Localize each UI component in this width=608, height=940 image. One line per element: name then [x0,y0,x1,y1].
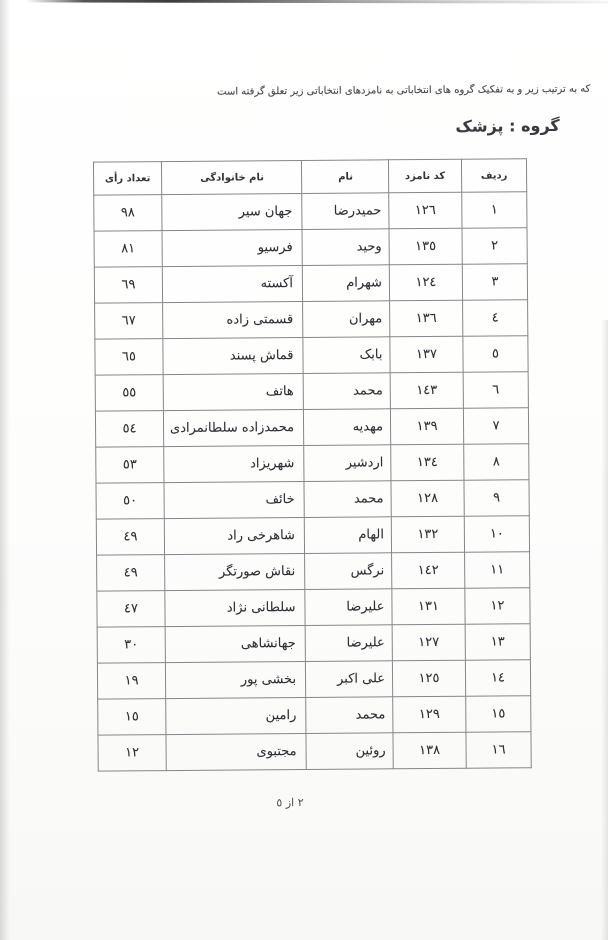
header-vote-count: تعداد رأی [93,162,161,196]
results-table-body: ١١٢٦حمیدرضاجهان سیر٩٨٢١٣٥وحیدفرسیو٨١٣١٢٤… [94,192,532,771]
candidate-code-cell: ١٣٥ [389,228,462,265]
vote-count-cell: ١٥ [98,699,166,736]
candidate-code-cell: ١٣٤ [391,444,464,481]
row-number-cell: ٨ [464,444,529,481]
vote-count-cell: ٥٠ [96,483,164,520]
last-name-cell: قسمتی زاده [163,301,303,338]
page-content: که به ترتیب زیر و به تفکیک گروه های انتخ… [0,0,608,940]
table-row: ١٦١٣٨روئینمجتبوی١٢ [98,732,531,771]
table-row: ٩١٢٨محمدخائف٥٠ [96,480,529,519]
vote-count-cell: ٩٨ [94,195,162,232]
table-row: ٧١٣٩مهدیهمحمدزاده سلطانمرادی٥٤ [95,408,528,447]
table-row: ١١٢٦حمیدرضاجهان سیر٩٨ [94,192,527,231]
candidate-code-cell: ١٣٧ [390,336,463,373]
table-header: ردیف کد نامزد نام نام خانوادگی تعداد رأی [93,159,526,195]
vote-count-cell: ٨١ [94,231,162,268]
vote-count-cell: ٥٥ [95,375,163,412]
last-name-cell: شهریزاد [164,445,304,482]
vote-count-cell: ٤٩ [96,519,164,556]
table-row: ١٤١٢٥علی اکبربخشی پور١٩ [97,660,530,699]
last-name-cell: بخشی پور [165,661,305,698]
candidate-code-cell: ١٢٤ [389,264,462,301]
last-name-cell: جهان سیر [162,193,302,230]
row-number-cell: ١٥ [466,696,531,733]
table-row: ١٣١٢٧علیرضاجهانشاهی٣٠ [97,624,530,663]
intro-text: که به ترتیب زیر و به تفکیک گروه های انتخ… [217,84,590,98]
vote-count-cell: ٥٤ [95,411,163,448]
last-name-cell: نقاش صورتگر [165,553,305,590]
first-name-cell: علیرضا [305,589,392,626]
candidate-code-cell: ١٣٩ [390,408,463,445]
candidate-code-cell: ١٣٢ [391,516,464,553]
row-number-cell: ٣ [462,264,527,301]
first-name-cell: الهام [304,517,391,554]
candidate-code-cell: ١٢٧ [392,624,465,661]
first-name-cell: علیرضا [305,625,392,662]
vote-count-cell: ٣٠ [97,627,165,664]
first-name-cell: محمد [304,481,391,518]
last-name-cell: آکسته [162,265,302,302]
last-name-cell: سلطانی نژاد [165,589,305,626]
candidate-code-cell: ١٤٣ [390,372,463,409]
row-number-cell: ١١ [465,552,530,589]
first-name-cell: مهدیه [303,409,390,446]
last-name-cell: محمدزاده سلطانمرادی [163,409,303,446]
table-row: ١٢١٣١علیرضاسلطانی نژاد٤٧ [97,588,530,627]
vote-count-cell: ٤٧ [97,591,165,628]
row-number-cell: ٤ [463,300,528,337]
row-number-cell: ١٤ [465,660,530,697]
candidate-code-cell: ١٤٢ [392,552,465,589]
row-number-cell: ٧ [463,408,528,445]
last-name-cell: رامین [166,697,306,734]
first-name-cell: محمد [306,697,393,734]
candidates-results-table: ردیف کد نامزد نام نام خانوادگی تعداد رأی… [93,158,532,771]
vote-count-cell: ١٩ [97,663,165,700]
first-name-cell: محمد [303,373,390,410]
table-row: ٣١٢٤شهرامآکسته٦٩ [94,264,527,303]
candidate-code-cell: ١٣٦ [390,300,463,337]
last-name-cell: هاتف [163,373,303,410]
vote-count-cell: ٦٧ [95,303,163,340]
first-name-cell: شهرام [302,265,389,302]
row-number-cell: ٦ [463,372,528,409]
vote-count-cell: ١٢ [98,735,166,772]
row-number-cell: ١٢ [465,588,530,625]
first-name-cell: وحید [302,229,389,266]
table-row: ٥١٣٧بابکقماش پسند٦٥ [95,336,528,375]
table-row: ١٥١٢٩محمدرامین١٥ [98,696,531,735]
table-row: ٨١٣٤اردشیرشهریزاد٥٣ [96,444,529,483]
first-name-cell: نرگس [305,553,392,590]
row-number-cell: ٩ [464,480,529,517]
page-number: ٢ از ٥ [235,796,345,810]
first-name-cell: اردشیر [304,445,391,482]
last-name-cell: قماش پسند [163,337,303,374]
table-row: ٢١٣٥وحیدفرسیو٨١ [94,228,527,267]
vote-count-cell: ٦٩ [94,267,162,304]
vote-count-cell: ٤٩ [97,555,165,592]
first-name-cell: مهران [303,301,390,338]
vote-count-cell: ٥٣ [96,447,164,484]
candidate-code-cell: ١٢٥ [392,660,465,697]
last-name-cell: جهانشاهی [165,625,305,662]
last-name-cell: خائف [164,481,304,518]
table-row: ١٠١٣٢الهامشاهرخی راد٤٩ [96,516,529,555]
candidate-code-cell: ١٣٨ [393,732,466,769]
row-number-cell: ١ [462,192,527,229]
candidate-code-cell: ١٣١ [392,588,465,625]
row-number-cell: ١٠ [464,516,529,553]
last-name-cell: شاهرخی راد [164,517,304,554]
scanned-page: که به ترتیب زیر و به تفکیک گروه های انتخ… [0,0,608,940]
table-row: ٤١٣٦مهرانقسمتی زاده٦٧ [95,300,528,339]
row-number-cell: ١٣ [465,624,530,661]
vote-count-cell: ٦٥ [95,339,163,376]
first-name-cell: علی اکبر [305,661,392,698]
row-number-cell: ١٦ [466,732,531,769]
header-candidate-code: کد نامزد [388,159,461,193]
candidate-code-cell: ١٢٦ [389,192,462,229]
first-name-cell: حمیدرضا [302,193,389,230]
header-first-name: نام [301,160,388,194]
first-name-cell: روئین [306,733,393,770]
table-header-row: ردیف کد نامزد نام نام خانوادگی تعداد رأی [93,159,526,195]
candidate-code-cell: ١٢٨ [391,480,464,517]
group-title: گروه : پزشک [455,116,559,136]
first-name-cell: بابک [303,337,390,374]
last-name-cell: فرسیو [162,229,302,266]
header-row-number: ردیف [461,159,526,193]
header-last-name: نام خانوادگی [161,160,301,194]
table-row: ٦١٤٣محمدهاتف٥٥ [95,372,528,411]
last-name-cell: مجتبوی [166,733,306,770]
candidate-code-cell: ١٢٩ [393,696,466,733]
table-row: ١١١٤٢نرگسنقاش صورتگر٤٩ [97,552,530,591]
row-number-cell: ٥ [463,336,528,373]
row-number-cell: ٢ [462,228,527,265]
